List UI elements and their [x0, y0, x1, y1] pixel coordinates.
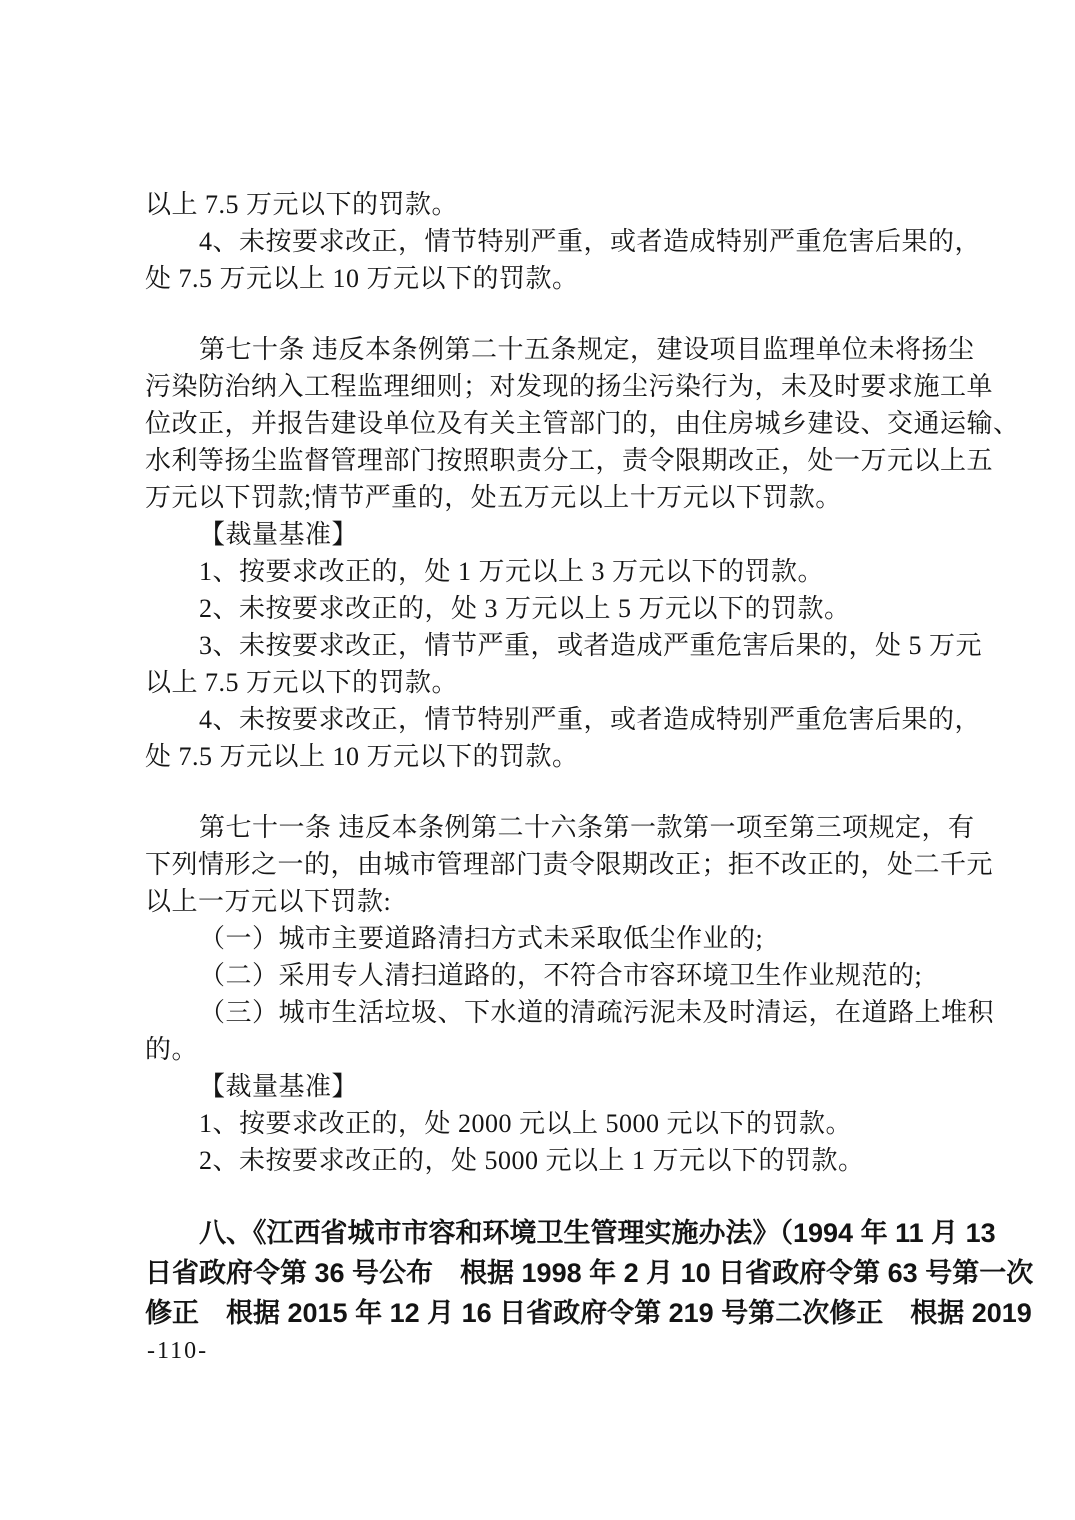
text-line: 4、未按要求改正，情节特别严重，或者造成特别严重危害后果的， — [145, 223, 950, 260]
document-body: 以上 7.5 万元以下的罚款。4、未按要求改正，情节特别严重，或者造成特别严重危… — [145, 186, 950, 1333]
text-line: 日省政府令第 36 号公布 根据 1998 年 2 月 10 日省政府令第 63… — [145, 1253, 950, 1293]
document-page: 以上 7.5 万元以下的罚款。4、未按要求改正，情节特别严重，或者造成特别严重危… — [0, 0, 1075, 1520]
text-line: 万元以下罚款;情节严重的，处五万元以上十万元以下罚款。 — [145, 479, 950, 516]
text-line: 下列情形之一的，由城市管理部门责令限期改正；拒不改正的，处二千元 — [145, 846, 950, 883]
text-line: 以上一万元以下罚款: — [145, 883, 950, 920]
text-line: 水利等扬尘监督管理部门按照职责分工，责令限期改正，处一万元以上五 — [145, 442, 950, 479]
text-line: 处 7.5 万元以上 10 万元以下的罚款。 — [145, 260, 950, 297]
text-line: 2、未按要求改正的，处 5000 元以上 1 万元以下的罚款。 — [145, 1142, 950, 1179]
text-line: 【裁量基准】 — [145, 516, 950, 553]
text-line: （一）城市主要道路清扫方式未采取低尘作业的; — [145, 920, 950, 957]
text-line: 【裁量基准】 — [145, 1068, 950, 1105]
page-number: -110- — [147, 1338, 208, 1365]
text-line: 位改正，并报告建设单位及有关主管部门的，由住房城乡建设、交通运输、 — [145, 405, 950, 442]
text-line: （二）采用专人清扫道路的，不符合市容环境卫生作业规范的; — [145, 957, 950, 994]
text-line: 的。 — [145, 1031, 950, 1068]
text-line: 以上 7.5 万元以下的罚款。 — [145, 664, 950, 701]
text-line: 八、《江西省城市市容和环境卫生管理实施办法》（1994 年 11 月 13 — [145, 1213, 950, 1253]
text-line: 4、未按要求改正，情节特别严重，或者造成特别严重危害后果的， — [145, 701, 950, 738]
text-line: 2、未按要求改正的，处 3 万元以上 5 万元以下的罚款。 — [145, 590, 950, 627]
text-line: 修正 根据 2015 年 12 月 16 日省政府令第 219 号第二次修正 根… — [145, 1293, 950, 1333]
text-line: （三）城市生活垃圾、下水道的清疏污泥未及时清运，在道路上堆积 — [145, 994, 950, 1031]
text-line: 第七十一条 违反本条例第二十六条第一款第一项至第三项规定，有 — [145, 809, 950, 846]
text-line: 以上 7.5 万元以下的罚款。 — [145, 186, 950, 223]
text-line: 1、按要求改正的，处 2000 元以上 5000 元以下的罚款。 — [145, 1105, 950, 1142]
text-line: 3、未按要求改正，情节严重，或者造成严重危害后果的，处 5 万元 — [145, 627, 950, 664]
text-line: 污染防治纳入工程监理细则；对发现的扬尘污染行为，未及时要求施工单 — [145, 368, 950, 405]
text-line: 处 7.5 万元以上 10 万元以下的罚款。 — [145, 738, 950, 775]
text-line: 第七十条 违反本条例第二十五条规定，建设项目监理单位未将扬尘 — [145, 331, 950, 368]
text-line: 1、按要求改正的，处 1 万元以上 3 万元以下的罚款。 — [145, 553, 950, 590]
